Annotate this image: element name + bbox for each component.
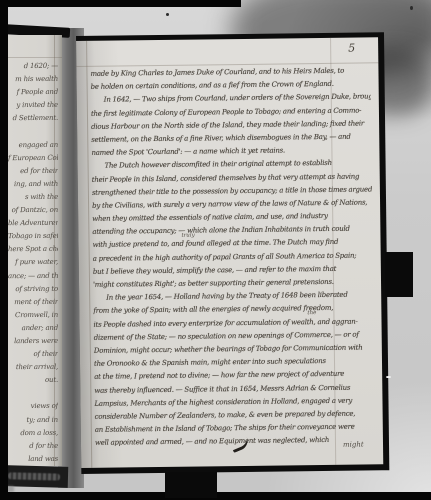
right-page-cover-edge: 5 made by King Charles to James Duke of … — [76, 32, 389, 474]
manuscript-line-fragment: ed for their — [8, 165, 58, 178]
manuscript-line-fragment: land was — [8, 453, 58, 466]
black-patch-right — [385, 252, 413, 297]
catchword: might — [343, 441, 364, 449]
manuscript-line-fragment: f People and — [8, 86, 58, 99]
manuscript-line-fragment: landers were — [8, 335, 58, 348]
manuscript-line-fragment: d for the — [8, 440, 58, 453]
manuscript-text: made by King Charles to James Duke of Co… — [90, 64, 375, 450]
manuscript-line-fragment: engaged an — [8, 138, 58, 151]
manuscript-line-fragment: y invited the — [8, 99, 58, 112]
manuscript-line-fragment: s with the — [8, 191, 58, 204]
manuscript-line-fragment: ander; and — [8, 322, 58, 335]
manuscript-line-fragment: here Spot a cho- — [8, 243, 58, 256]
dust-speck — [166, 13, 169, 16]
dust-speck — [410, 6, 413, 10]
manuscript-line-fragment: out. — [8, 374, 58, 387]
manuscript-line-fragment: Cromwell, in — [8, 309, 58, 322]
manuscript-line-fragment: Tobago in safety — [8, 230, 58, 243]
left-page-text: d 1620; —m his wealthf People andy invit… — [8, 60, 58, 466]
black-patch-bottom — [165, 472, 217, 498]
page-number: 5 — [348, 42, 355, 55]
book-bottom-edge — [4, 465, 69, 488]
manuscript-line-fragment: of their — [8, 348, 58, 361]
dust-speck — [386, 376, 391, 378]
manuscript-line-fragment: d 1620; — — [8, 60, 58, 73]
manuscript-line-fragment: of striving to — [8, 282, 58, 295]
right-page: 5 made by King Charles to James Duke of … — [76, 37, 383, 468]
manuscript-line-fragment: ing, and with — [8, 178, 58, 191]
photo-black-border-top — [0, 0, 241, 7]
manuscript-line-fragment: dom a loss, — [8, 426, 58, 439]
manuscript-line-fragment: ance; — and the — [8, 269, 58, 282]
manuscript-line-fragment: ment of their — [8, 296, 58, 309]
manuscript-line-fragment: views of — [8, 400, 58, 413]
manuscript-line-fragment: f European Colony — [8, 151, 58, 164]
manuscript-line-fragment: ty; and in — [8, 413, 58, 426]
interlinear-insertion: the — [307, 310, 316, 316]
left-page: d 1620; —m his wealthf People andy invit… — [8, 35, 62, 466]
manuscript-line-fragment: of Dantzic, on — [8, 204, 58, 217]
manuscript-photograph: d 1620; —m his wealthf People andy invit… — [0, 0, 431, 500]
manuscript-line-fragment — [8, 387, 58, 400]
manuscript-line-fragment: their arrival, — [8, 361, 58, 374]
edge-stamp — [8, 472, 60, 480]
manuscript-line-fragment: f pure water, — [8, 256, 58, 269]
photo-black-border-left — [0, 0, 8, 500]
interlinear-insertion: truly — [181, 233, 194, 239]
manuscript-line-fragment: d Settlement. — [8, 112, 58, 125]
manuscript-line-fragment: ble Adventurers — [8, 217, 58, 230]
manuscript-line-fragment: m his wealth — [8, 73, 58, 86]
manuscript-line-fragment — [8, 125, 58, 138]
